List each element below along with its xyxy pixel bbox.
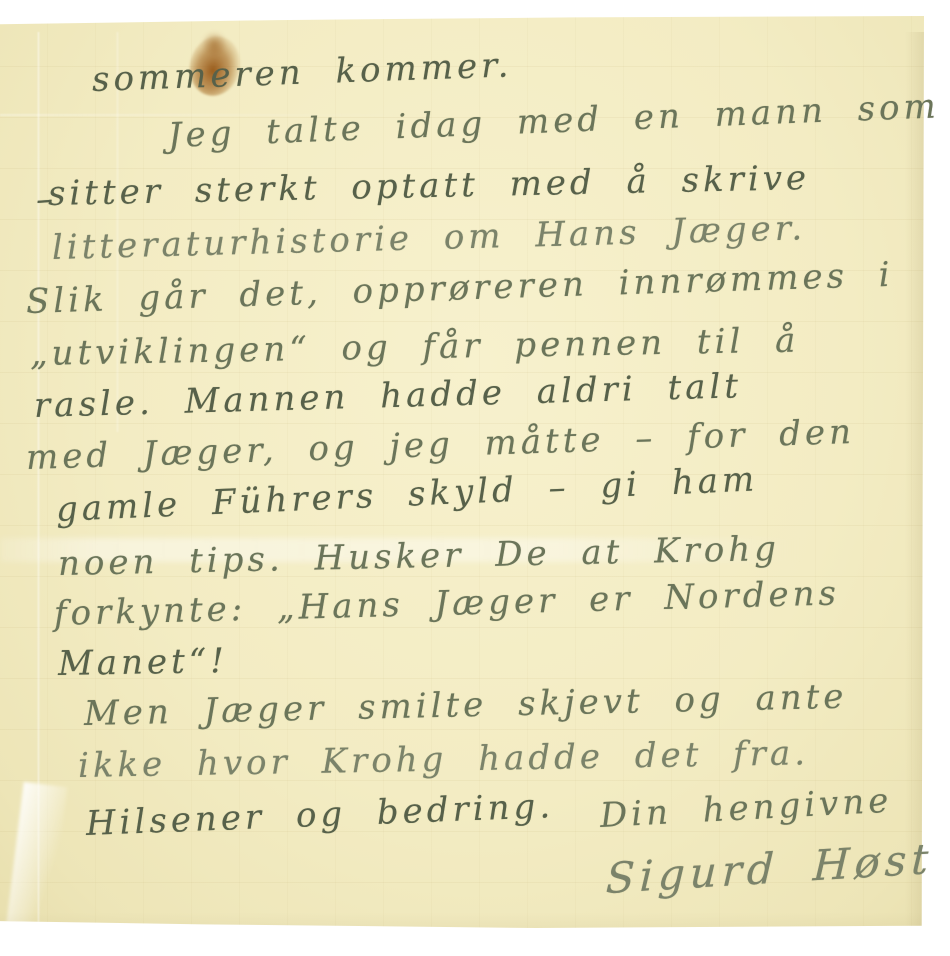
fold-mark (5, 782, 68, 944)
handwritten-line: Manet“! (58, 641, 228, 684)
paper-edge-shading (905, 32, 924, 944)
paper-edge-shading (0, 912, 924, 944)
vertical-crease (37, 32, 40, 944)
